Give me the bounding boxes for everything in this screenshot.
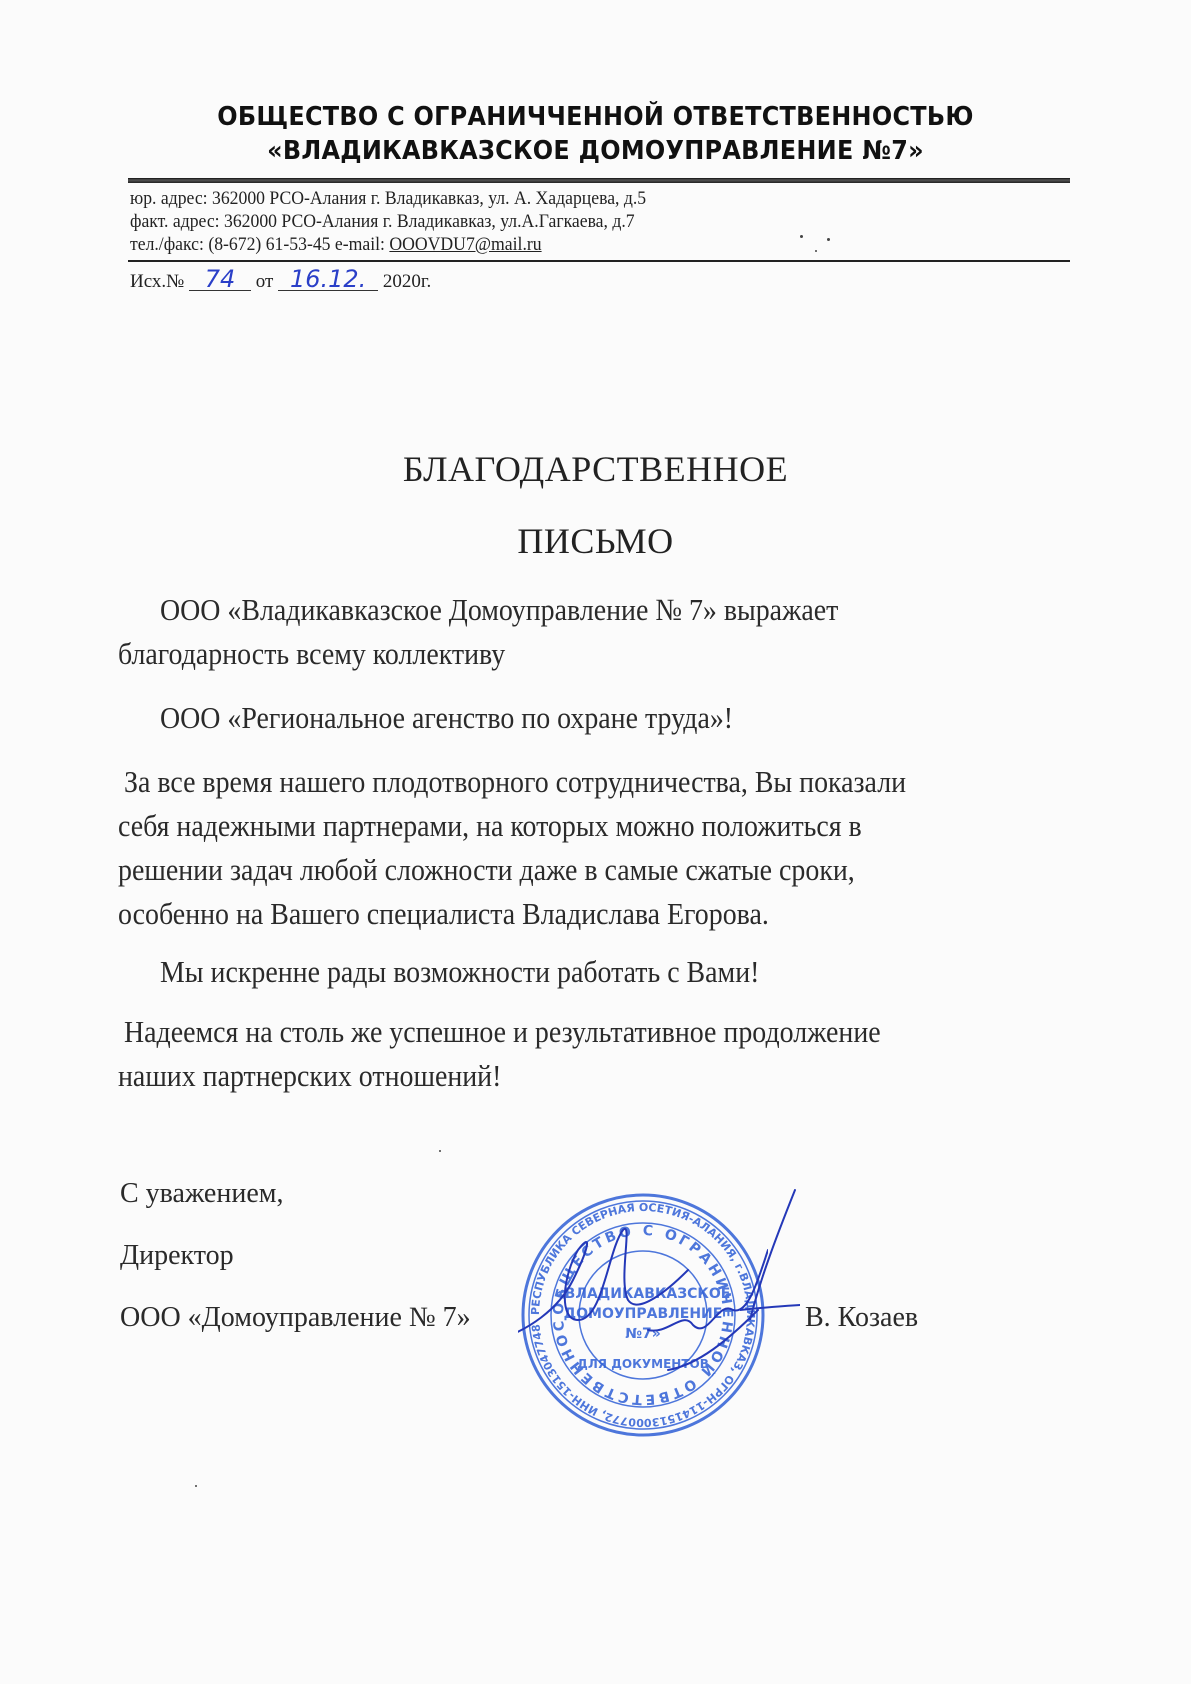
phone-fax: тел./факс: (8-672) 61-53-45 e-mail: — [130, 234, 389, 255]
closing: С уважением, — [120, 1178, 283, 1210]
contact-line: тел./факс: (8-672) 61-53-45 e-mail: OOOV… — [130, 233, 542, 257]
header-rule — [128, 178, 1070, 183]
body-p1-line1: ООО «Владикавказское Домоуправление № 7»… — [160, 588, 988, 632]
org-name-line2: «ВЛАДИКАВКАЗСКОЕ ДОМОУПРАВЛЕНИЕ №7» — [48, 136, 1144, 166]
svg-text:«ВЛАДИКАВКАЗСКОЕ: «ВЛАДИКАВКАЗСКОЕ — [556, 1286, 731, 1302]
body-p3-line3: решении задач любой сложности даже в сам… — [118, 848, 946, 892]
email-link[interactable]: OOOVDU7@mail.ru — [389, 234, 541, 255]
actual-address: факт. адрес: 362000 РСО-Алания г. Владик… — [130, 210, 635, 234]
scan-speck — [195, 1485, 197, 1487]
scan-speck — [439, 1150, 441, 1152]
company-stamp-icon: РЕСПУБЛИКА СЕВЕРНАЯ ОСЕТИЯ-АЛАНИЯ, г.ВЛА… — [518, 1190, 768, 1440]
contact-rule — [128, 260, 1070, 262]
legal-address: юр. адрес: 362000 РСО-Алания г. Владикав… — [130, 187, 646, 211]
signer-organization: ООО «Домоуправление № 7» — [120, 1302, 471, 1334]
scan-speck — [827, 238, 830, 241]
ref-prefix: Исх.№ — [130, 271, 184, 292]
ref-number: 74 — [189, 268, 251, 291]
body-p1-line2: благодарность всему коллективу — [118, 632, 946, 676]
body-p4: Мы искренне рады возможности работать с … — [160, 950, 988, 994]
body-p3-line2: себя надежными партнерами, на которых мо… — [118, 804, 946, 848]
svg-text:№7»: №7» — [625, 1326, 661, 1342]
svg-text:ДОМОУПРАВЛЕНИЕ: ДОМОУПРАВЛЕНИЕ — [564, 1306, 723, 1322]
signature-stroke-icon — [740, 1180, 800, 1320]
document-title-line2: ПИСЬМО — [0, 520, 1191, 562]
ref-year: 2020г. — [383, 271, 431, 292]
scan-speck — [815, 250, 817, 252]
ref-date-prefix: от — [256, 271, 274, 292]
document-title-line1: БЛАГОДАРСТВЕННОЕ — [0, 448, 1191, 490]
body-p2: ООО «Региональное агенство по охране тру… — [160, 696, 988, 740]
org-name-line1: ОБЩЕСТВО С ОГРАНИЧЧЕННОЙ ОТВЕТСТВЕННОСТЬ… — [48, 102, 1144, 132]
body-p5-line1: Надеемся на столь же успешное и результа… — [124, 1010, 952, 1054]
body-p3-line1: За все время нашего плодотворного сотруд… — [124, 760, 952, 804]
ref-date: 16.12. — [278, 268, 378, 291]
signer-name: В. Козаев — [805, 1302, 918, 1334]
signer-position: Директор — [120, 1240, 234, 1272]
reference-line: Исх.№ 74 от 16.12. 2020г. — [130, 268, 431, 293]
scan-speck — [800, 235, 803, 238]
body-p5-line2: наших партнерских отношений! — [118, 1054, 946, 1098]
body-p3-line4: особенно на Вашего специалиста Владислав… — [118, 892, 946, 936]
